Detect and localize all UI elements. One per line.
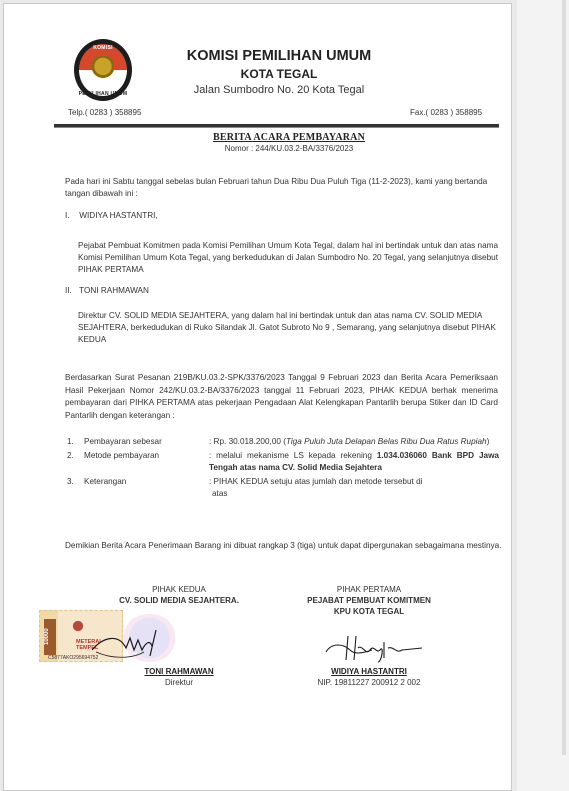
party-2-name: TONI RAHMAWAN <box>79 286 149 295</box>
item-value: : melalui mekanisme LS kepada rekening 1… <box>209 450 499 474</box>
logo-text-bottom: PEMILIHAN UMUM <box>74 91 132 97</box>
list-item: 3. Keterangan : PIHAK KEDUA setuju atas … <box>67 476 499 488</box>
signature-block-left: PIHAK KEDUA CV. SOLID MEDIA SEJAHTERA. <box>94 584 264 606</box>
payment-amount-words: Tiga Puluh Juta Delapan Belas Ribu Dua R… <box>286 437 487 446</box>
payment-amount: : Rp. 30.018.200,00 ( <box>209 437 286 446</box>
right-role: PIHAK PERTAMA <box>294 584 444 595</box>
party-1-heading: I. WIDIYA HASTANTRI, <box>65 210 485 222</box>
kpu-logo-icon: KOMISI PEMILIHAN UMUM <box>74 39 132 101</box>
left-role: PIHAK KEDUA <box>94 584 264 595</box>
stamp-amount: 10000 <box>44 619 56 655</box>
party-2-description: Direktur CV. SOLID MEDIA SEJAHTERA, yang… <box>78 310 498 346</box>
signature-block-right: PIHAK PERTAMA PEJABAT PEMBUAT KOMITMEN K… <box>294 584 444 617</box>
document-page: KOMISI PEMILIHAN UMUM KOMISI PEMILIHAN U… <box>3 3 512 791</box>
right-signatory-name: WIDIYA HASTANTRI <box>294 667 444 676</box>
scrollbar-thumb[interactable] <box>562 0 566 755</box>
basis-paragraph: Berdasarkan Surat Pesanan 219B/KU.03.2-S… <box>65 372 498 422</box>
party-1-name: WIDIYA HASTANTRI, <box>79 211 157 220</box>
left-org: CV. SOLID MEDIA SEJAHTERA. <box>94 595 264 606</box>
item-value-continued: atas <box>67 488 499 500</box>
right-signature-icon <box>322 632 427 664</box>
fax: Fax.( 0283 ) 358895 <box>410 108 482 117</box>
viewer-scroll-track[interactable] <box>517 0 569 791</box>
item-number: 1. <box>67 436 84 448</box>
payment-method: : melalui mekanisme LS kepada rekening <box>209 451 377 460</box>
item-label: Pembayaran sebesar <box>84 436 209 448</box>
left-signature-icon <box>84 622 164 662</box>
right-position: PEJABAT PEMBUAT KOMITMEN <box>294 595 444 606</box>
item-value: : Rp. 30.018.200,00 (Tiga Puluh Juta Del… <box>209 436 499 448</box>
item-label: Metode pembayaran <box>84 450 209 474</box>
item-value: : PIHAK KEDUA setuju atas jumlah dan met… <box>209 476 499 488</box>
logo-emblem <box>79 44 127 96</box>
closing-paren: ) <box>487 437 490 446</box>
document-number: Nomor : 244/KU.03.2-BA/3376/2023 <box>154 144 424 153</box>
right-org: KPU KOTA TEGAL <box>294 606 444 617</box>
intro-paragraph: Pada hari ini Sabtu tanggal sebelas bula… <box>65 176 505 200</box>
logo-text-top: KOMISI <box>74 45 132 51</box>
garuda-icon <box>92 56 114 82</box>
closing-paragraph: Demikian Berita Acara Penerimaan Barang … <box>65 540 505 552</box>
org-address: Jalan Sumbodro No. 20 Kota Tegal <box>154 84 404 96</box>
list-item: 1. Pembayaran sebesar : Rp. 30.018.200,0… <box>67 436 499 448</box>
item-number: 2. <box>67 450 84 474</box>
right-signatory-nip: NIP. 19811227 200912 2 002 <box>294 678 444 687</box>
left-signatory-title: Direktur <box>94 678 264 687</box>
list-item: 2. Metode pembayaran : melalui mekanisme… <box>67 450 499 474</box>
left-signatory-name: TONI RAHMAWAN <box>94 667 264 676</box>
document-title: BERITA ACARA PEMBAYARAN <box>154 132 424 143</box>
org-city: KOTA TEGAL <box>154 67 404 81</box>
party-2-heading: II. TONI RAHMAWAN <box>65 285 485 297</box>
party-1-description: Pejabat Pembuat Komitmen pada Komisi Pem… <box>78 240 498 276</box>
item-number: 3. <box>67 476 84 488</box>
party-1-numeral: I. <box>65 210 77 222</box>
telephone: Telp.( 0283 ) 358895 <box>68 108 141 117</box>
letterhead-divider <box>54 124 499 127</box>
org-name: KOMISI PEMILIHAN UMUM <box>154 48 404 64</box>
party-2-numeral: II. <box>65 285 77 297</box>
payment-details-list: 1. Pembayaran sebesar : Rp. 30.018.200,0… <box>67 436 499 500</box>
item-label: Keterangan <box>84 476 209 488</box>
